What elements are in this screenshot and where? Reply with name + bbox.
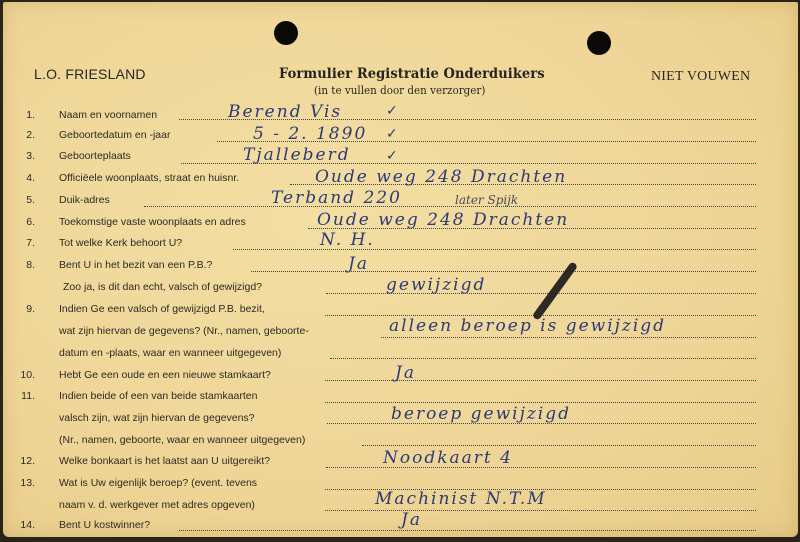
question-label: Hebt Ge een oude en een nieuwe stamkaart…: [59, 369, 271, 381]
answer-line: [381, 337, 756, 338]
question-label: Toekomstige vaste woonplaats en adres: [59, 216, 246, 228]
question-label: valsch zijn, wat zijn hiervan de gegeven…: [59, 412, 255, 424]
form-title: Formulier Registratie Onderduikers: [279, 66, 545, 82]
answer-occupation[interactable]: Machinist N.T.M: [375, 489, 547, 509]
answer-future-address[interactable]: Oude weg 248 Drachten: [317, 210, 569, 230]
question-label: Indien Ge een valsch of gewijzigd P.B. b…: [59, 303, 265, 315]
answer-birthdate[interactable]: 5 - 2. 1890: [253, 124, 367, 144]
question-label: Wat is Uw eigenlijk beroep? (event. teve…: [59, 477, 257, 489]
question-number: 12.: [11, 455, 35, 467]
question-number: 1.: [11, 109, 35, 121]
answer-pb[interactable]: Ja: [348, 254, 369, 274]
answer-bonkaart[interactable]: Noodkaart 4: [383, 448, 513, 468]
answer-name[interactable]: Berend Vis: [228, 102, 342, 122]
answer-hiding-address[interactable]: Terband 220: [271, 188, 402, 208]
pencil-note: later Spijk: [455, 193, 518, 207]
answer-line: [251, 271, 756, 272]
answer-line: [325, 380, 756, 381]
organization-label: L.O. FRIESLAND: [34, 66, 146, 82]
question-number: 9.: [11, 303, 35, 315]
question-label: Bent U kostwinner?: [59, 519, 150, 531]
answer-church[interactable]: N. H.: [320, 230, 375, 250]
question-label: Zoo ja, is dit dan echt, valsch of gewij…: [63, 281, 262, 293]
registration-form-card: L.O. FRIESLAND Formulier Registratie Ond…: [3, 2, 798, 537]
answer-official-address[interactable]: Oude weg 248 Drachten: [315, 167, 567, 187]
answer-line: [325, 510, 756, 511]
question-number: 5.: [11, 194, 35, 206]
answer-stamkaart-details[interactable]: beroep gewijzigd: [391, 404, 571, 424]
question-number: 13.: [11, 477, 35, 489]
question-label: Duik-adres: [59, 194, 110, 206]
answer-line: [144, 206, 756, 207]
question-label: Indien beide of een van beide stamkaarte…: [59, 390, 257, 402]
question-label: Tot welke Kerk behoort U?: [59, 237, 182, 249]
question-label: Naam en voornamen: [59, 109, 157, 121]
answer-pb-details[interactable]: alleen beroep is gewijzigd: [389, 316, 666, 336]
question-label: Officiëele woonplaats, straat en huisnr.: [59, 172, 239, 184]
question-label: (Nr., namen, geboorte, waar en wanneer u…: [59, 434, 305, 446]
answer-line: [330, 358, 756, 359]
answer-birthplace[interactable]: Tjalleberd: [243, 145, 351, 165]
question-label: datum en -plaats, waar en wanneer uitgeg…: [59, 347, 281, 359]
question-number: 3.: [11, 150, 35, 162]
punch-hole-right: [587, 31, 611, 55]
question-label: Geboorteplaats: [59, 150, 131, 162]
question-number: 10.: [11, 369, 35, 381]
do-not-fold-label: NIET VOUWEN: [651, 69, 750, 85]
answer-stamkaart[interactable]: Ja: [395, 363, 416, 383]
question-number: 4.: [11, 172, 35, 184]
question-number: 2.: [11, 129, 35, 141]
answer-line: [179, 530, 756, 531]
question-label: Geboortedatum en -jaar: [59, 129, 170, 141]
question-label: wat zijn hiervan de gegevens? (Nr., name…: [59, 325, 309, 337]
question-number: 14.: [11, 519, 35, 531]
question-number: 11.: [11, 390, 35, 402]
question-number: 6.: [11, 216, 35, 228]
answer-breadwinner[interactable]: Ja: [401, 510, 422, 530]
answer-pb-type[interactable]: gewijzigd: [386, 275, 486, 295]
punch-hole-left: [274, 21, 298, 45]
answer-line: [233, 249, 756, 250]
check-mark-icon: ✓: [386, 126, 398, 142]
form-subtitle: (in te vullen door den verzorger): [314, 83, 485, 97]
check-mark-icon: ✓: [386, 103, 398, 119]
question-number: 7.: [11, 237, 35, 249]
question-label: naam v. d. werkgever met adres opgeven): [59, 499, 255, 511]
answer-line: [325, 402, 756, 403]
check-mark-icon: ✓: [386, 148, 398, 164]
question-label: Welke bonkaart is het laatst aan U uitge…: [59, 455, 270, 467]
question-number: 8.: [11, 259, 35, 271]
question-label: Bent U in het bezit van een P.B.?: [59, 259, 212, 271]
answer-line: [362, 445, 756, 446]
